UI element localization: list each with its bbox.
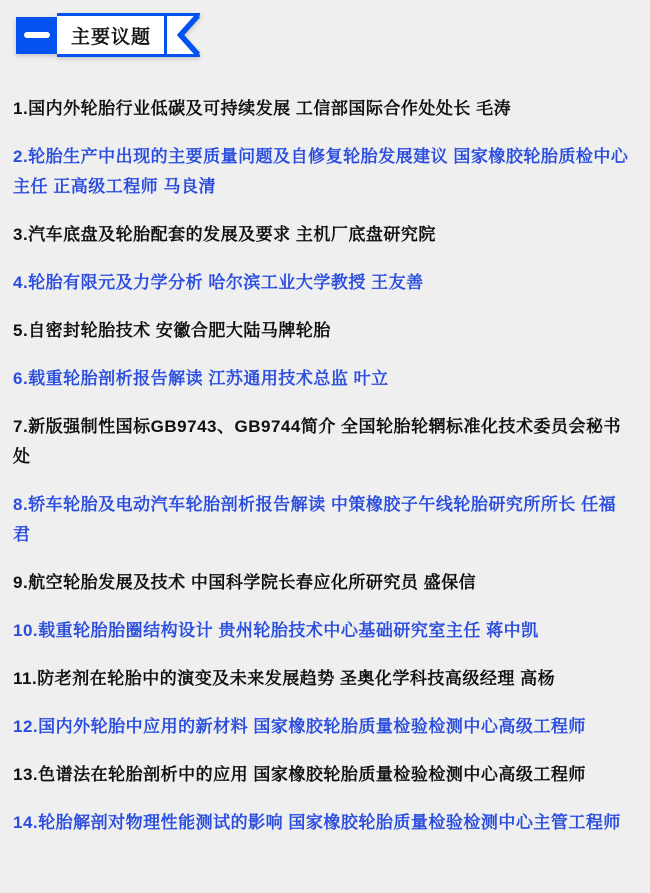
agenda-item: 12.国内外轮胎中应用的新材料 国家橡胶轮胎质量检验检测中心高级工程师 <box>13 712 630 742</box>
agenda-item: 7.新版强制性国标GB9743、GB9744简介 全国轮胎轮辋标准化技术委员会秘… <box>13 412 630 472</box>
agenda-item: 11.防老剂在轮胎中的演变及未来发展趋势 圣奥化学科技高级经理 高杨 <box>13 664 630 694</box>
agenda-item: 3.汽车底盘及轮胎配套的发展及要求 主机厂底盘研究院 <box>13 220 630 250</box>
section-title-text: 主要议题 <box>71 22 151 49</box>
agenda-item: 8.轿车轮胎及电动汽车轮胎剖析报告解读 中策橡胶子午线轮胎研究所所长 任福君 <box>13 490 630 550</box>
agenda-item: 6.载重轮胎剖析报告解读 江苏通用技术总监 叶立 <box>13 364 630 394</box>
agenda-item: 2.轮胎生产中出现的主要质量问题及自修复轮胎发展建议 国家橡胶轮胎质检中心主任 … <box>13 142 630 202</box>
dash-icon <box>24 32 50 38</box>
page-root: 一 主要议题 1.国内外轮胎行业低碳及可持续发展 工信部国际合作处处长 毛涛 2… <box>0 13 650 838</box>
agenda-item: 10.载重轮胎胎圈结构设计 贵州轮胎技术中心基础研究室主任 蒋中凯 <box>13 616 630 646</box>
agenda-item: 5.自密封轮胎技术 安徽合肥大陆马牌轮胎 <box>13 316 630 346</box>
agenda-item: 1.国内外轮胎行业低碳及可持续发展 工信部国际合作处处长 毛涛 <box>13 94 630 124</box>
number-one-marker: 一 <box>16 17 57 54</box>
section-header-badge: 一 主要议题 <box>16 13 650 57</box>
agenda-item: 4.轮胎有限元及力学分析 哈尔滨工业大学教授 王友善 <box>13 268 630 298</box>
agenda-item: 14.轮胎解剖对物理性能测试的影响 国家橡胶轮胎质量检验检测中心主管工程师 <box>13 808 630 838</box>
agenda-item: 9.航空轮胎发展及技术 中国科学院长春应化所研究员 盛保信 <box>13 568 630 598</box>
agenda-list: 1.国内外轮胎行业低碳及可持续发展 工信部国际合作处处长 毛涛 2.轮胎生产中出… <box>13 94 630 838</box>
ribbon-chevron-icon <box>164 13 200 57</box>
agenda-item: 13.色谱法在轮胎剖析中的应用 国家橡胶轮胎质量检验检测中心高级工程师 <box>13 760 630 790</box>
section-title: 主要议题 <box>57 13 167 57</box>
